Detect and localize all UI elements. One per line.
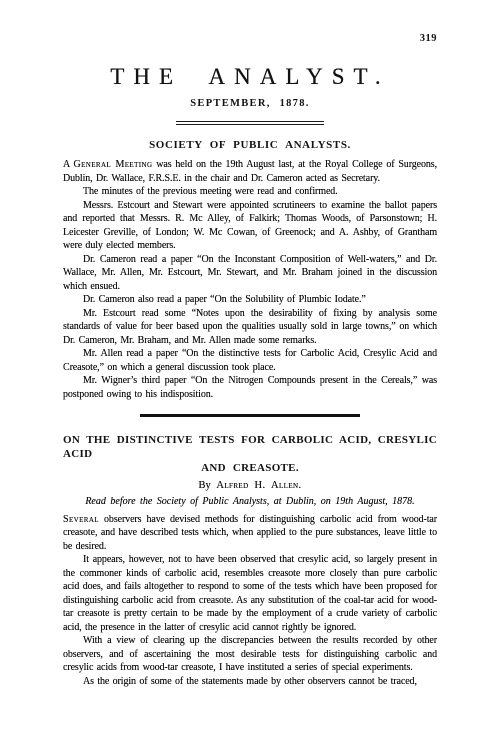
society-paragraph: Mr. Estcourt read some “Notes upon the d… bbox=[63, 307, 437, 348]
article-title-line1: ON THE DISTINCTIVE TESTS FOR CARBOLIC AC… bbox=[63, 433, 437, 461]
page-number: 319 bbox=[420, 33, 437, 44]
paragraph-text: observers have devised methods for disti… bbox=[63, 514, 437, 552]
article-byline: By Alfred H. Allen. bbox=[63, 479, 437, 492]
thick-rule-divider bbox=[140, 414, 360, 417]
paragraph-smallcaps: General Meeting bbox=[73, 159, 152, 170]
journal-title: THE ANALYST. bbox=[63, 64, 437, 90]
paragraph-smallcaps: Several bbox=[63, 514, 99, 525]
byline-prefix: By bbox=[198, 480, 216, 491]
society-paragraph: A General Meeting was held on the 19th A… bbox=[63, 158, 437, 185]
double-rule-divider bbox=[176, 121, 324, 125]
article-paragraph: As the origin of some of the statements … bbox=[63, 675, 437, 689]
society-section-body: A General Meeting was held on the 19th A… bbox=[63, 158, 437, 401]
issue-date: SEPTEMBER, 1878. bbox=[63, 97, 437, 110]
journal-page: 319 THE ANALYST. SEPTEMBER, 1878. SOCIET… bbox=[0, 0, 500, 731]
society-paragraph: Mr. Wigner’s third paper “On the Nitroge… bbox=[63, 374, 437, 401]
society-section-heading: SOCIETY OF PUBLIC ANALYSTS. bbox=[63, 138, 437, 152]
article-title-line2: AND CREASOTE. bbox=[63, 461, 437, 475]
article-paragraph: With a view of clearing up the discrepan… bbox=[63, 634, 437, 675]
society-paragraph: Mr. Allen read a paper “On the distincti… bbox=[63, 347, 437, 374]
byline-author: Alfred H. Allen. bbox=[216, 480, 301, 491]
read-before-note: Read before the Society of Public Analys… bbox=[63, 495, 437, 508]
article-title: ON THE DISTINCTIVE TESTS FOR CARBOLIC AC… bbox=[63, 433, 437, 475]
article-paragraph: Several observers have devised methods f… bbox=[63, 513, 437, 554]
article-body: Several observers have devised methods f… bbox=[63, 513, 437, 689]
article-paragraph: It appears, however, not to have been ob… bbox=[63, 553, 437, 634]
society-paragraph: Messrs. Estcourt and Stewart were appoin… bbox=[63, 199, 437, 253]
page-content: 319 THE ANALYST. SEPTEMBER, 1878. SOCIET… bbox=[63, 0, 437, 688]
paragraph-lead: A bbox=[63, 159, 73, 170]
society-paragraph: The minutes of the previous meeting were… bbox=[63, 185, 437, 199]
society-paragraph: Dr. Cameron also read a paper “On the So… bbox=[63, 293, 437, 307]
society-paragraph: Dr. Cameron read a paper “On the Inconst… bbox=[63, 253, 437, 294]
